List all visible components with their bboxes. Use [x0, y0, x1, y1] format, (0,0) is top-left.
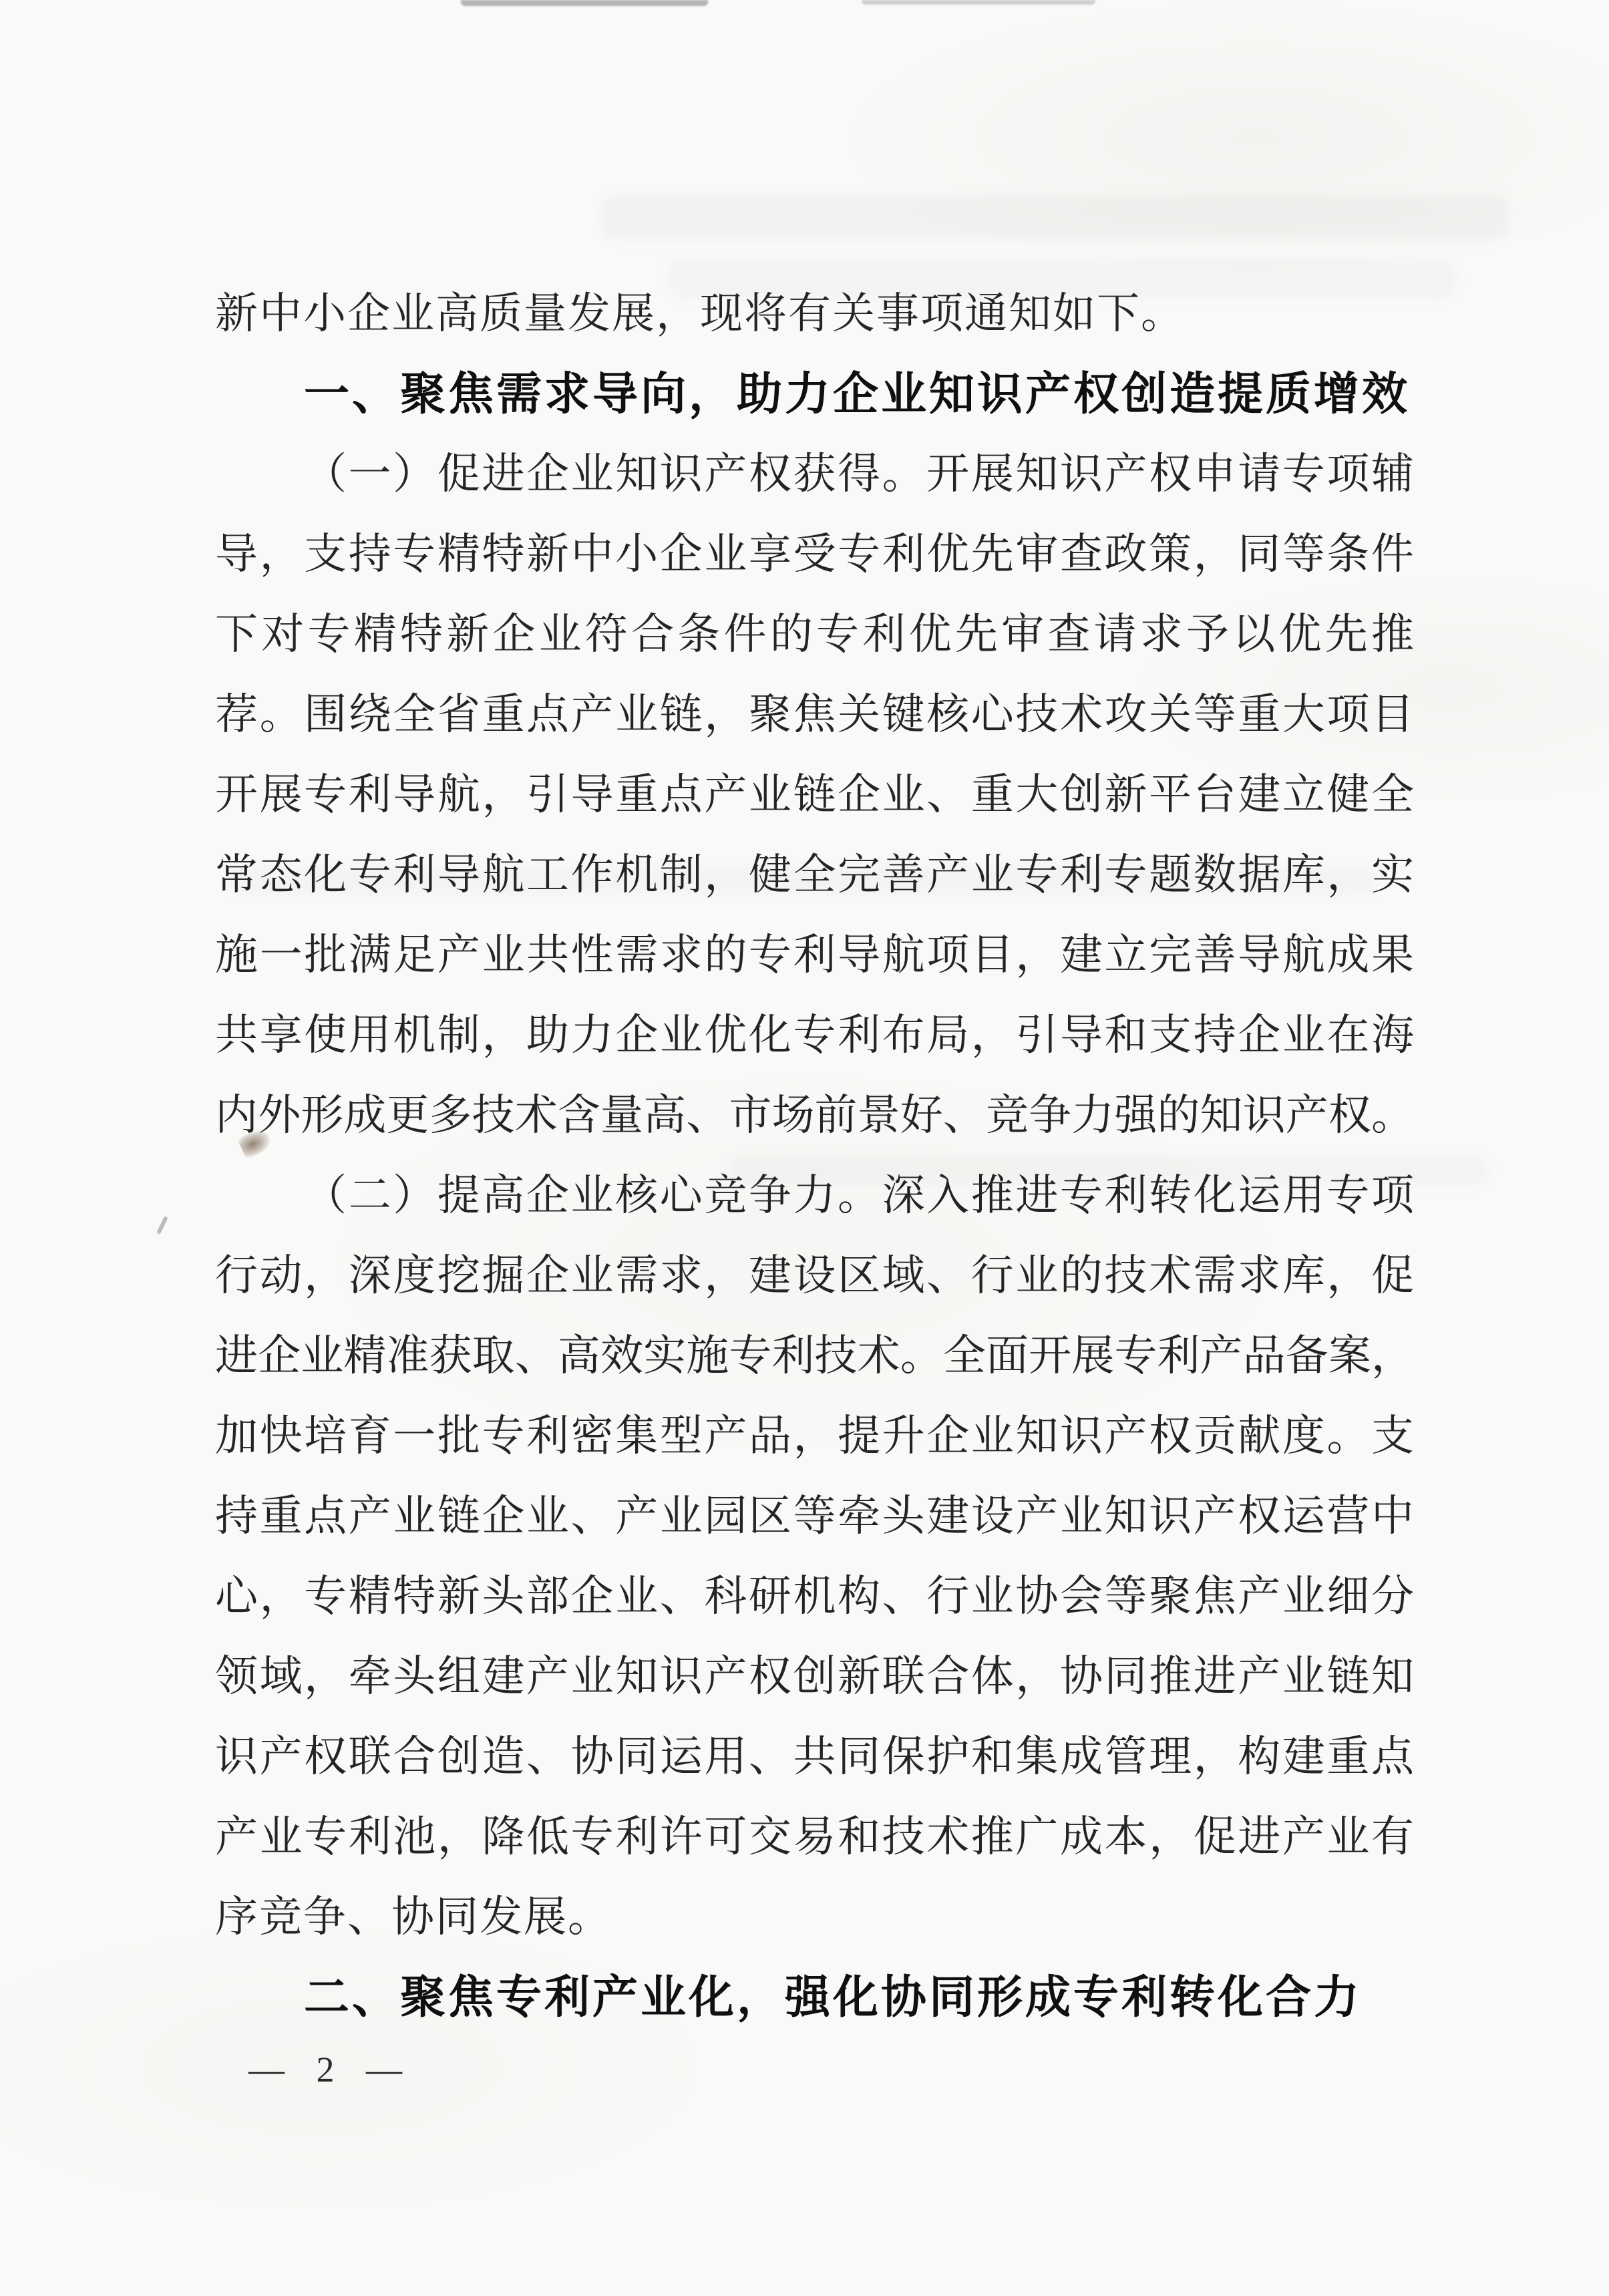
text-line: 导，支持专精特新中小企业享受专利优先审查政策，同等条件: [215, 514, 1414, 595]
text-line: 行动，深度挖掘企业需求，建设区域、行业的技术需求库，促: [215, 1236, 1414, 1316]
text-line: 心，专精特新头部企业、科研机构、行业协会等聚焦产业细分: [215, 1556, 1414, 1637]
document-body: 新中小企业高质量发展，现将有关事项通知如下。一、聚焦需求导向，助力企业知识产权创…: [215, 274, 1414, 2037]
text-line: 持重点产业链企业、产业园区等牵头建设产业知识产权运营中: [215, 1476, 1414, 1556]
scan-edge-artifact: [862, 0, 1095, 5]
text-line: 进企业精准获取、高效实施专利技术。全面开展专利产品备案，: [215, 1316, 1414, 1396]
text-line: 共享使用机制，助力企业优化专利布局，引导和支持企业在海: [215, 995, 1414, 1076]
scan-edge-artifact: [461, 0, 708, 6]
text-line: 加快培育一批专利密集型产品，提升企业知识产权贡献度。支: [215, 1396, 1414, 1476]
text-line: 领域，牵头组建产业知识产权创新联合体，协同推进产业链知: [215, 1637, 1414, 1717]
text-line: 荐。围绕全省重点产业链，聚焦关键核心技术攻关等重大项目: [215, 675, 1414, 755]
text-line: 一、聚焦需求导向，助力企业知识产权创造提质增效: [215, 354, 1414, 434]
text-line: 施一批满足产业共性需求的专利导航项目，建立完善导航成果: [215, 915, 1414, 995]
text-line: 二、聚焦专利产业化，强化协同形成专利转化合力: [215, 1957, 1414, 2037]
text-line: （二）提高企业核心竞争力。深入推进专利转化运用专项: [215, 1156, 1414, 1236]
text-line: 序竞争、协同发展。: [215, 1877, 1414, 1957]
text-line: （一）促进企业知识产权获得。开展知识产权申请专项辅: [215, 434, 1414, 514]
text-line: 开展专利导航，引导重点产业链企业、重大创新平台建立健全: [215, 755, 1414, 835]
text-line: 常态化专利导航工作机制，健全完善产业专利专题数据库，实: [215, 835, 1414, 915]
text-line: 内外形成更多技术含量高、市场前景好、竞争力强的知识产权。: [215, 1076, 1414, 1156]
text-line: 产业专利池，降低专利许可交易和技术推广成本，促进产业有: [215, 1797, 1414, 1877]
page-number: — 2 —: [248, 2043, 409, 2096]
text-line: 识产权联合创造、协同运用、共同保护和集成管理，构建重点: [215, 1717, 1414, 1797]
text-line: 下对专精特新企业符合条件的专利优先审查请求予以优先推: [215, 595, 1414, 675]
text-line: 新中小企业高质量发展，现将有关事项通知如下。: [215, 274, 1414, 354]
bleed-through-ghost: [601, 195, 1509, 239]
